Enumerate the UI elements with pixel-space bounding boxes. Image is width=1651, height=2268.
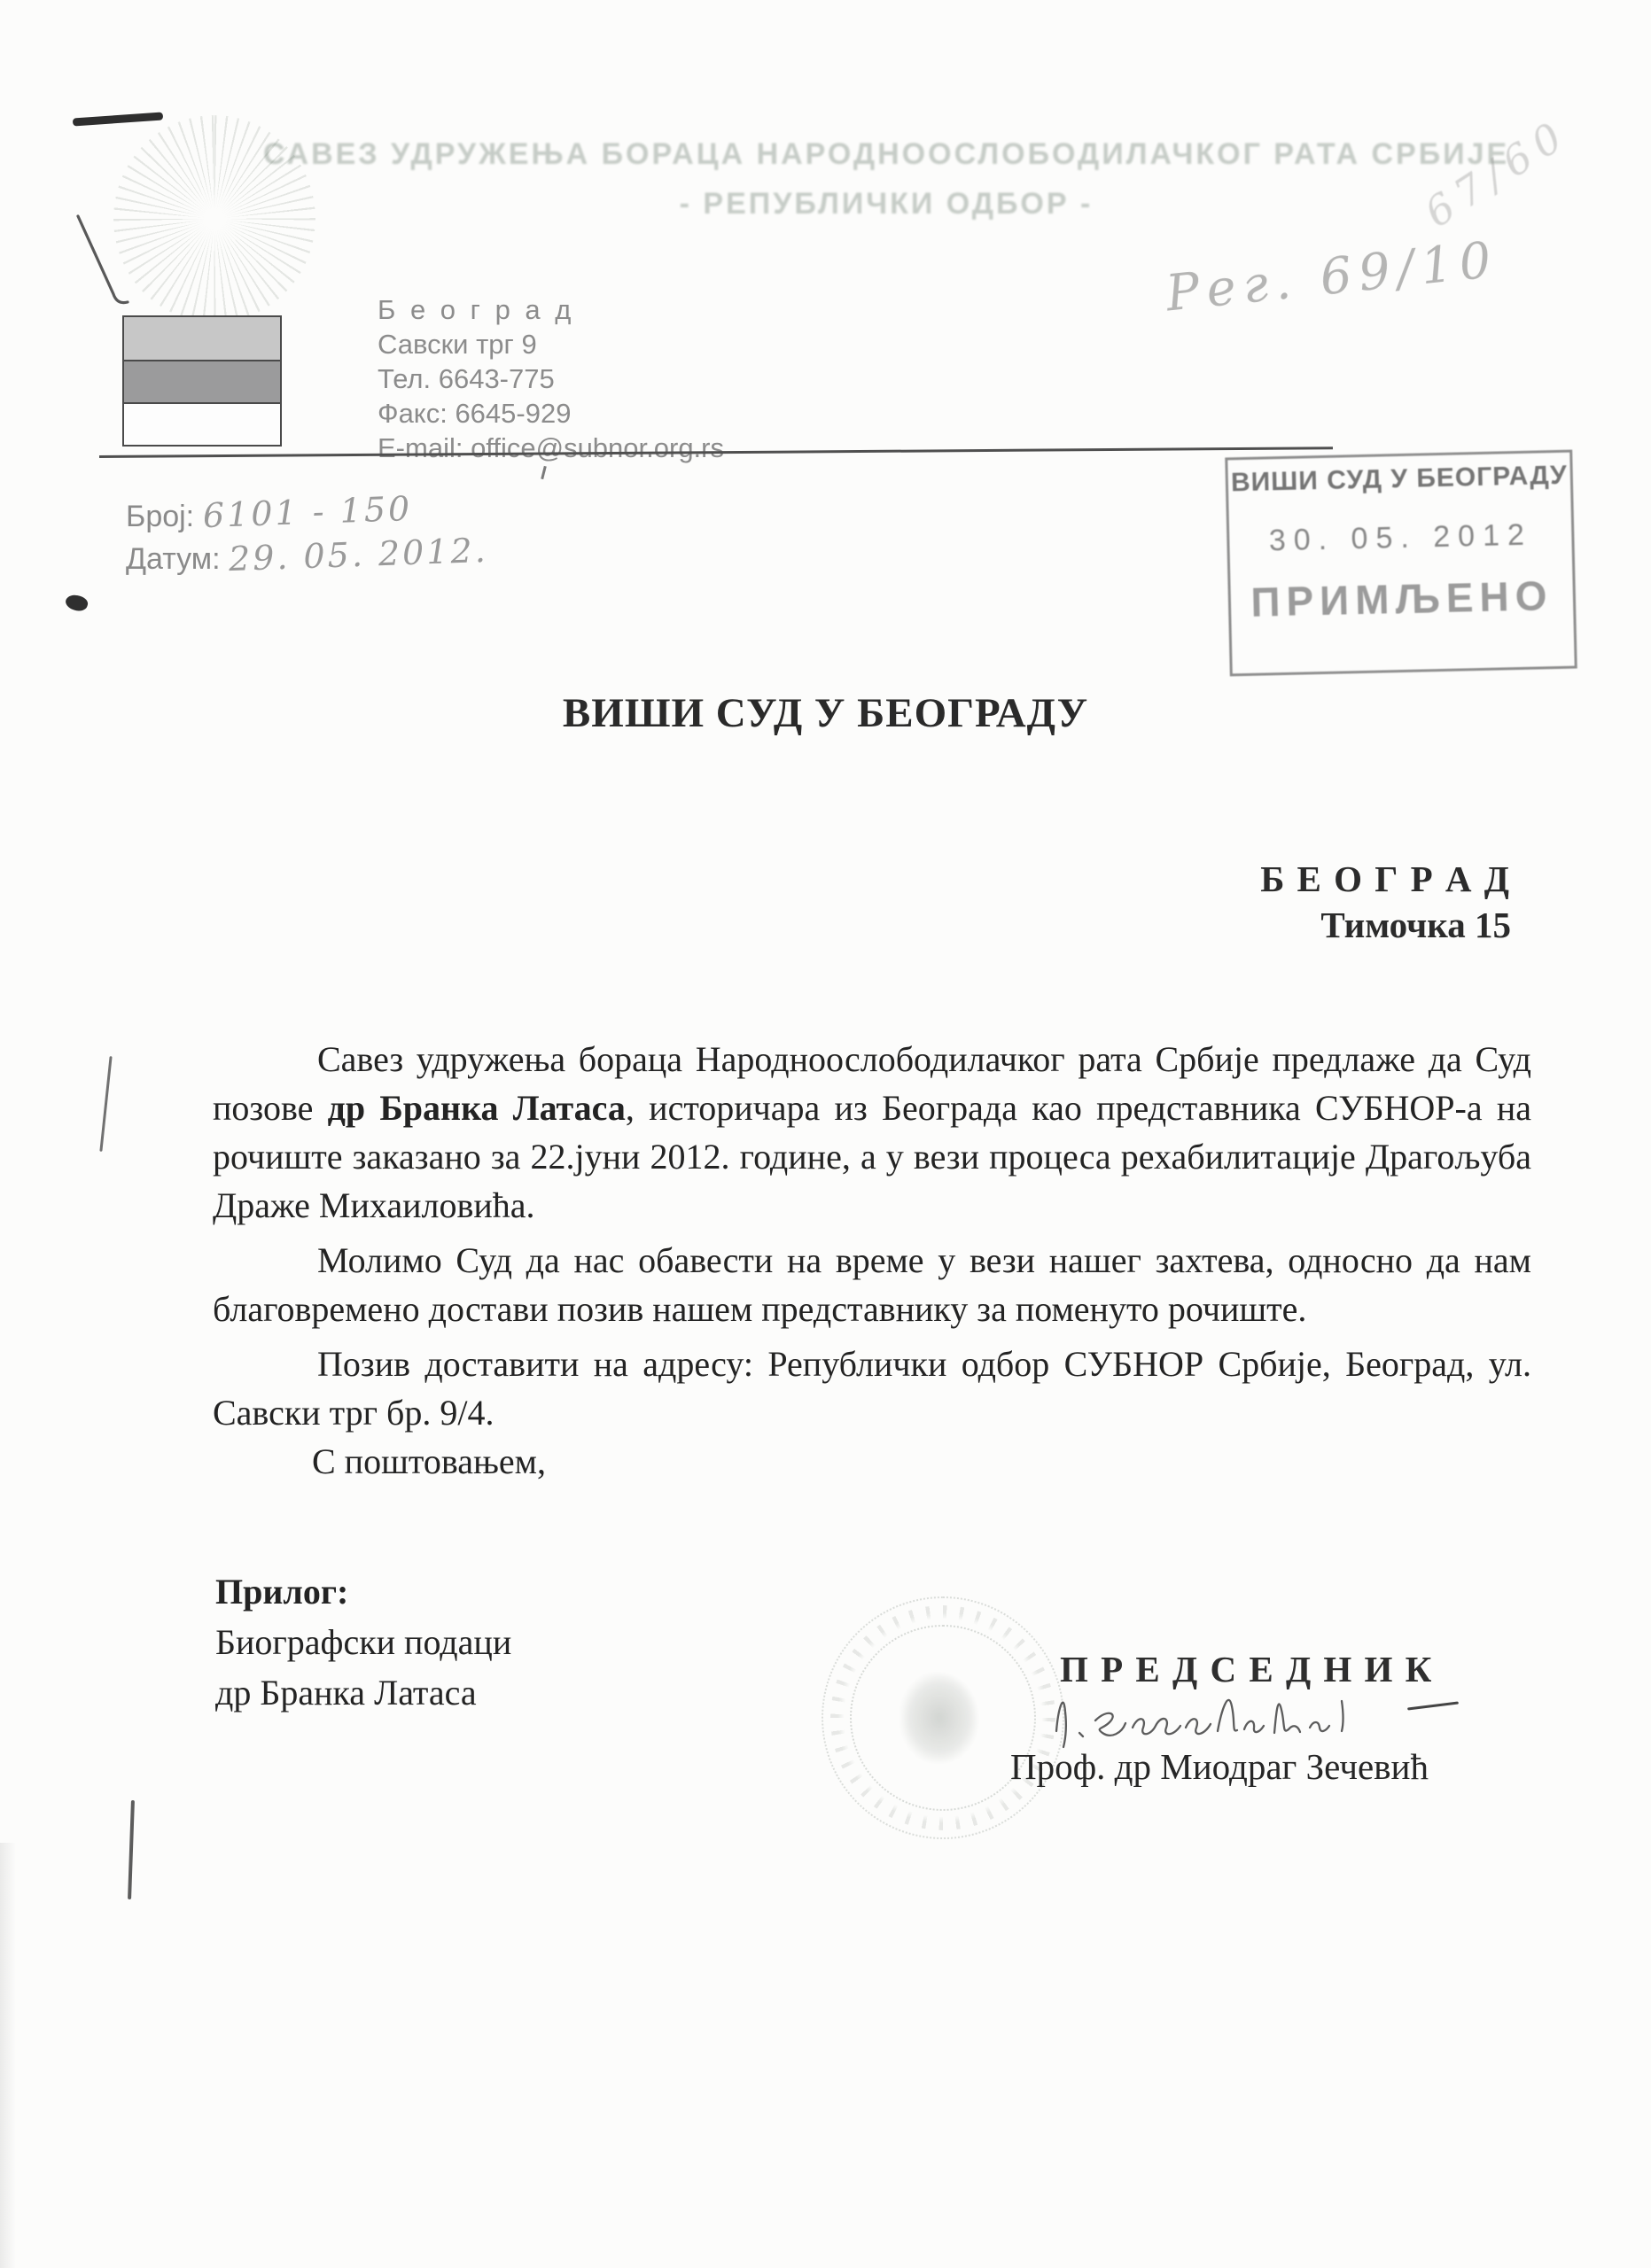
paragraph-3: Позив доставити на адресу: Републички од…	[213, 1340, 1531, 1437]
recipient-address-block: Б Е О Г Р А Д Тимочка 15	[1260, 856, 1511, 948]
number-value-handwritten: 6101 - 150	[202, 488, 413, 536]
flag-stripe-top	[124, 317, 280, 360]
letterhead-street: Савски трг 9	[378, 327, 874, 361]
serbian-flag-logo	[122, 315, 282, 447]
letterhead-fax: Факс: 6645-929	[378, 396, 874, 431]
attachment-label: Прилог:	[215, 1566, 511, 1617]
reference-date-row: Датум: 29. 05. 2012.	[126, 537, 488, 579]
stamp-court-name: ВИШИ СУД У БЕОГРАДУ	[1228, 461, 1571, 499]
recipient-street: Тимочка 15	[1260, 902, 1511, 948]
signer-name: Проф. др Миодраг Зечевић	[1010, 1745, 1429, 1788]
court-receipt-stamp: ВИШИ СУД У БЕОГРАДУ 30. 05. 2012 ПРИМЉЕН…	[1225, 450, 1577, 677]
letterhead-email: E-mail: office@subnor.org.rs	[378, 431, 874, 465]
reference-number-row: Број: 6101 - 150	[126, 494, 488, 537]
pen-diagonal-stroke	[73, 213, 135, 315]
scanned-letter-page: САВЕЗ УДРУЖЕЊА БОРАЦА НАРОДНООСЛОБОДИЛАЧ…	[0, 0, 1651, 2268]
letterhead-phone: Тел. 6643-775	[378, 361, 874, 396]
flag-stripe-bottom	[124, 402, 280, 445]
margin-pen-stroke-1	[99, 1056, 112, 1152]
flag-stripe-middle	[124, 360, 280, 402]
letterhead-emblem-starburst	[113, 115, 315, 322]
letterhead-org-line2: - РЕПУБЛИЧКИ ОДБОР -	[248, 179, 1524, 229]
pencil-reg-mark: Рег. 69/10	[1164, 231, 1501, 323]
ink-blot-mark	[64, 593, 90, 614]
handwritten-signature	[1044, 1676, 1425, 1756]
pen-dash-mark	[73, 112, 163, 126]
letterhead-org-line1: САВЕЗ УДРУЖЕЊА БОРАЦА НАРОДНООСЛОБОДИЛАЧ…	[248, 129, 1524, 179]
date-value-handwritten: 29. 05. 2012.	[228, 530, 488, 579]
paragraph-1: Савез удружења бораца Народноослободилач…	[213, 1035, 1531, 1230]
date-label: Датум:	[126, 539, 221, 579]
attachment-block: Прилог: Биографски подаци др Бранка Лата…	[215, 1566, 511, 1718]
letterhead-address-block: Б е о г р а д Савски трг 9 Тел. 6643-775…	[378, 292, 874, 465]
paragraph-2: Молимо Суд да нас обавести на време у ве…	[213, 1236, 1531, 1333]
attachment-line2: др Бранка Латаса	[215, 1667, 511, 1718]
small-pen-tick	[541, 466, 547, 479]
stamp-status: ПРИМЉЕНО	[1230, 571, 1573, 627]
number-label: Број:	[126, 496, 194, 537]
recipient-title: ВИШИ СУД У БЕОГРАДУ	[0, 689, 1651, 737]
reference-block: Број: 6101 - 150 Датум: 29. 05. 2012.	[126, 494, 488, 579]
attachment-line1: Биографски подаци	[215, 1617, 511, 1667]
paragraph-1-name-bold: др Бранка Латаса	[328, 1088, 626, 1128]
recipient-city: Б Е О Г Р А Д	[1260, 856, 1511, 902]
letterhead-org-name: САВЕЗ УДРУЖЕЊА БОРАЦА НАРОДНООСЛОБОДИЛАЧ…	[248, 129, 1524, 229]
seal-rim-text-marks	[830, 1605, 1055, 1830]
organization-seal-stamp	[822, 1596, 1064, 1839]
letterhead-city: Б е о г р а д	[378, 292, 874, 327]
scan-edge-shadow	[0, 1843, 16, 2268]
closing-salutation: С поштовањем,	[312, 1441, 546, 1482]
letter-body: Савез удружења бораца Народноослободилач…	[213, 1035, 1531, 1443]
margin-pen-stroke-2	[128, 1800, 135, 1899]
stamp-date: 30. 05. 2012	[1229, 517, 1572, 560]
